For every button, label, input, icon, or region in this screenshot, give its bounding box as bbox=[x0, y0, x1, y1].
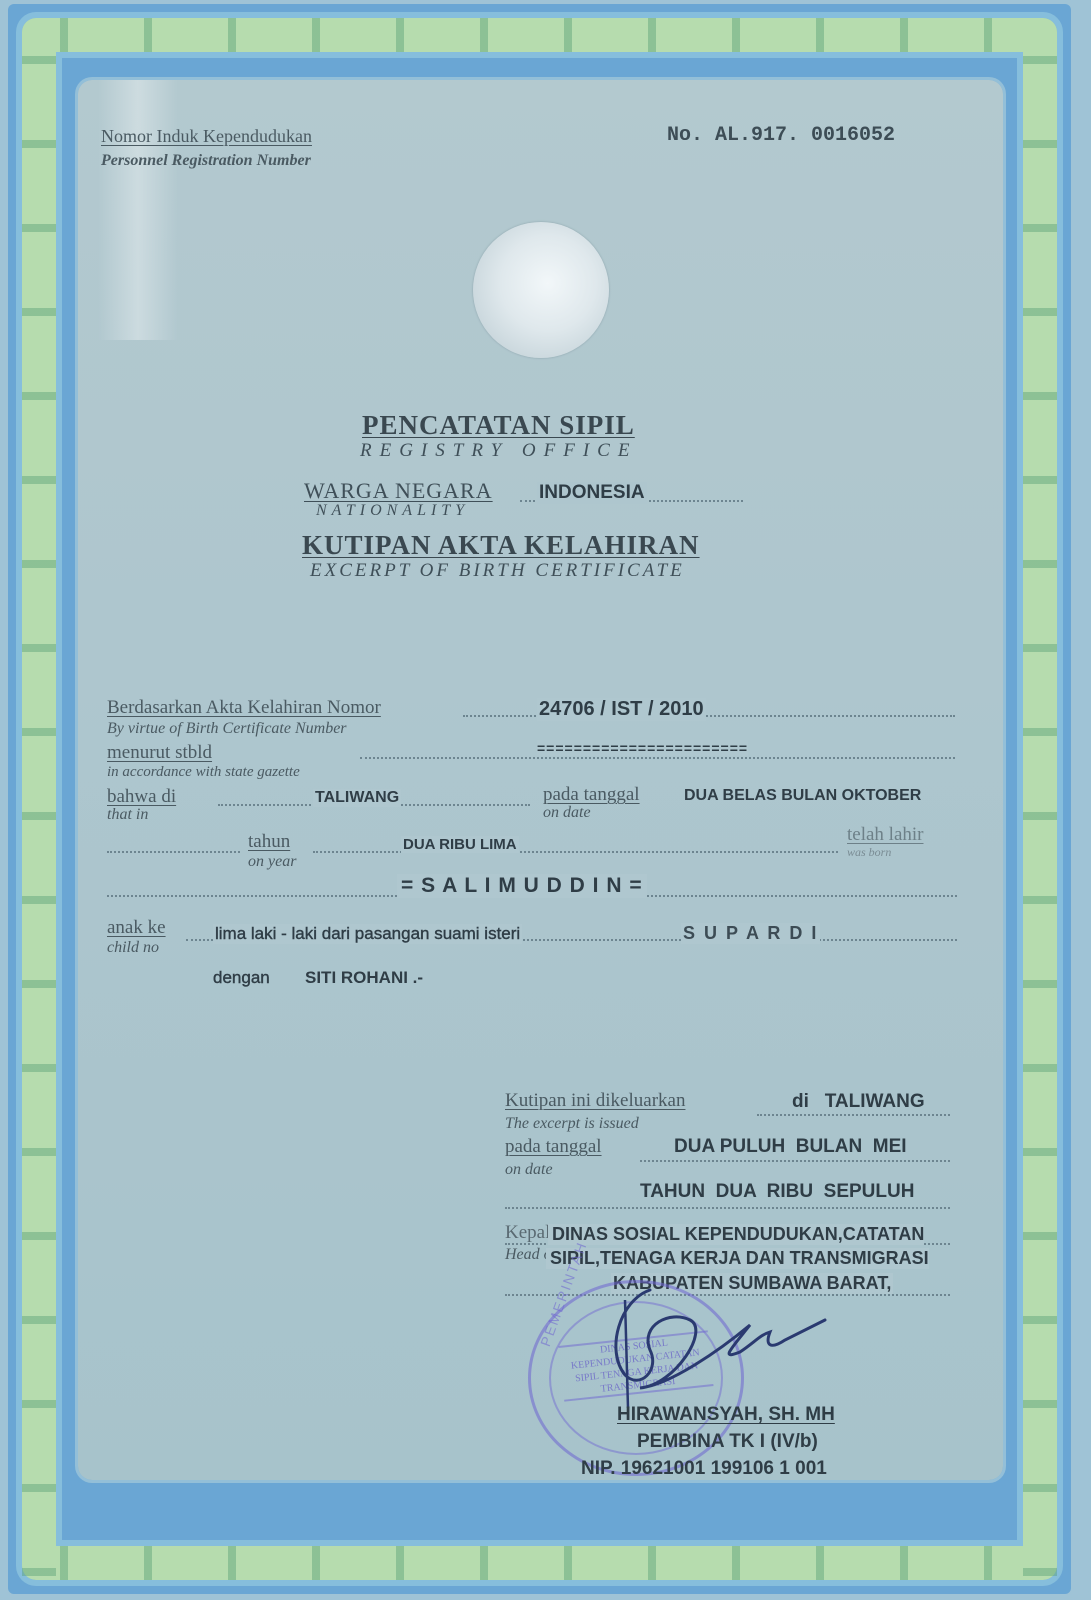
signatory-nip: NIP. 19621001 199106 1 001 bbox=[581, 1458, 827, 1480]
child-no-label-en: child no bbox=[107, 939, 159, 957]
cert-number-value: 24706 / IST / 2010 bbox=[537, 698, 706, 721]
stbld-label: menurut stbld bbox=[107, 742, 212, 764]
issued-date-label: pada tanggal bbox=[505, 1136, 602, 1158]
cert-number-label-en: By virtue of Birth Certificate Number bbox=[107, 720, 347, 738]
dotted-line bbox=[313, 851, 838, 853]
office-line-1: DINAS SOSIAL KEPENDUDUKAN,CATATAN bbox=[548, 1224, 924, 1245]
stbld-value: ======================= bbox=[537, 740, 748, 756]
nik-label-en: Personnel Registration Number bbox=[101, 152, 311, 170]
issued-date-line2: TAHUN DUA RIBU SEPULUH bbox=[640, 1181, 914, 1203]
child-no-label: anak ke bbox=[107, 917, 166, 939]
nationality-label-en: NATIONALITY bbox=[316, 502, 469, 520]
dotted-line bbox=[640, 1160, 950, 1162]
issued-place: di TALIWANG bbox=[792, 1091, 925, 1113]
issued-label: Kutipan ini dikeluarkan bbox=[505, 1090, 685, 1112]
dotted-line bbox=[757, 1114, 950, 1116]
birth-date-label: pada tanggal bbox=[543, 784, 640, 806]
dotted-line bbox=[505, 1207, 950, 1209]
document-title: KUTIPAN AKTA KELAHIRAN bbox=[302, 530, 700, 561]
born-label: telah lahir bbox=[847, 824, 924, 846]
dotted-line bbox=[107, 851, 240, 853]
nationality-value: INDONESIA bbox=[537, 482, 647, 504]
year-label-en: on year bbox=[248, 853, 296, 871]
nik-label: Nomor Induk Kependudukan bbox=[101, 126, 312, 147]
stbld-label-en: in accordance with state gazette bbox=[107, 764, 300, 781]
office-line-2: SIPIL,TENAGA KERJA DAN TRANSMIGRASI bbox=[546, 1248, 929, 1269]
mother-prefix: dengan bbox=[213, 968, 270, 988]
year-label: tahun bbox=[248, 831, 290, 853]
father-name: S U P A R D I bbox=[681, 923, 820, 944]
place-label: bahwa di bbox=[107, 786, 176, 808]
child-no-value: lima laki - laki dari pasangan suami ist… bbox=[213, 924, 522, 944]
birth-year-value: DUA RIBU LIMA bbox=[401, 836, 519, 853]
signatory-rank: PEMBINA TK I (IV/b) bbox=[637, 1431, 818, 1453]
signature-icon bbox=[580, 1280, 840, 1410]
hologram-seal-icon bbox=[473, 222, 609, 358]
issued-date-label-en: on date bbox=[505, 1161, 553, 1179]
certificate-sheet: Nomor Induk Kependudukan Personnel Regis… bbox=[0, 0, 1091, 1600]
place-value: TALIWANG bbox=[313, 789, 401, 807]
place-label-en: that in bbox=[107, 806, 148, 824]
birth-date-value: DUA BELAS BULAN OKTOBER bbox=[684, 787, 921, 805]
document-title-en: EXCERPT OF BIRTH CERTIFICATE bbox=[310, 560, 685, 582]
birth-date-label-en: on date bbox=[543, 804, 591, 822]
born-label-en: was born bbox=[847, 845, 891, 860]
child-name: = S A L I M U D D I N = bbox=[397, 874, 647, 898]
serial-number: No. AL.917. 0016052 bbox=[667, 124, 895, 147]
cert-number-label: Berdasarkan Akta Kelahiran Nomor bbox=[107, 697, 381, 719]
issued-label-en: The excerpt is issued bbox=[505, 1115, 639, 1133]
signatory-name: HIRAWANSYAH, SH. MH bbox=[617, 1404, 835, 1426]
light-glare bbox=[98, 80, 178, 340]
issued-date-line1: DUA PULUH BULAN MEI bbox=[674, 1136, 907, 1158]
mother-name: SITI ROHANI .- bbox=[305, 968, 423, 988]
office-title: PENCATATAN SIPIL bbox=[362, 410, 635, 441]
office-title-en: REGISTRY OFFICE bbox=[360, 440, 637, 462]
nationality-label: WARGA NEGARA bbox=[304, 478, 493, 504]
dotted-line bbox=[360, 757, 955, 759]
